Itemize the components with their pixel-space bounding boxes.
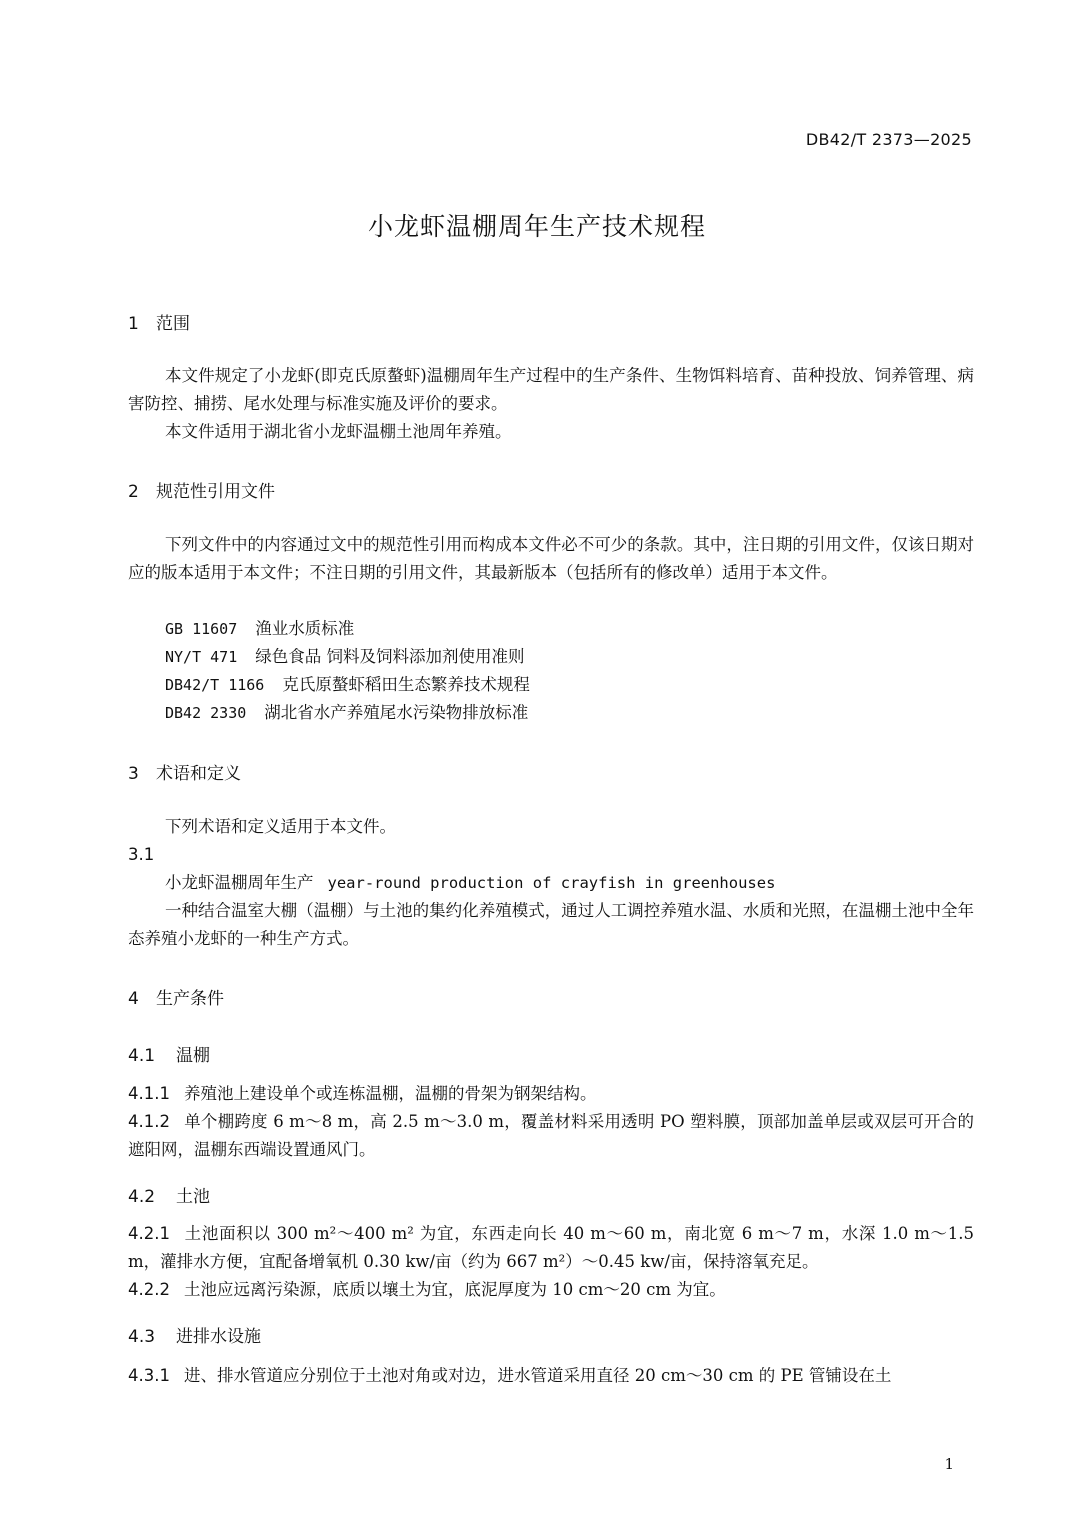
document-code: DB42/T 2373—2025 (806, 130, 972, 149)
subsection-heading-greenhouse: 4.1温棚 (128, 1041, 210, 1066)
clause-text: 进、排水管道应分别位于土池对角或对边，进水管道采用直径 20 cm～30 cm … (184, 1366, 891, 1385)
section-number: 3 (128, 764, 156, 784)
subsection-number: 4.3 (128, 1327, 176, 1347)
terms-intro: 下列术语和定义适用于本文件。 (128, 813, 974, 841)
section-heading-scope: 1范围 (128, 309, 190, 334)
subsection-number: 4.1 (128, 1046, 176, 1066)
subsection-title: 土池 (176, 1187, 210, 1207)
scope-paragraph-2: 本文件适用于湖北省小龙虾温棚土池周年养殖。 (128, 418, 974, 446)
section-title: 规范性引用文件 (156, 482, 275, 502)
clause-text: 单个棚跨度 6 m～8 m，高 2.5 m～3.0 m，覆盖材料采用透明 PO … (128, 1112, 974, 1159)
subsection-number: 4.2 (128, 1187, 176, 1207)
reference-item: GB 11607渔业水质标准 (165, 615, 1011, 643)
reference-item: DB42 2330湖北省水产养殖尾水污染物排放标准 (165, 699, 1011, 727)
reference-item: DB42/T 1166克氏原螯虾稻田生态繁养技术规程 (165, 671, 1011, 699)
clause-text: 土池面积以 300 m²～400 m² 为宜，东西走向长 40 m～60 m，南… (128, 1224, 974, 1271)
subsection-title: 温棚 (176, 1046, 210, 1066)
page-number: 1 (944, 1455, 954, 1473)
reference-code: DB42 2330 (165, 699, 246, 727)
clause-number: 4.2.1 (128, 1224, 170, 1243)
clause-number: 4.3.1 (128, 1366, 170, 1385)
section-heading-normative-references: 2规范性引用文件 (128, 477, 275, 502)
subsection-heading-water-facilities: 4.3进排水设施 (128, 1322, 261, 1347)
reference-title: 克氏原螯虾稻田生态繁养技术规程 (282, 675, 530, 694)
clause-4-2-1: 4.2.1土池面积以 300 m²～400 m² 为宜，东西走向长 40 m～6… (128, 1220, 974, 1276)
section-title: 生产条件 (156, 989, 224, 1009)
reference-code: DB42/T 1166 (165, 671, 264, 699)
term-definition: 一种结合温室大棚（温棚）与土池的集约化养殖模式，通过人工调控养殖水温、水质和光照… (128, 897, 974, 953)
section-number: 2 (128, 482, 156, 502)
term-number: 3.1 (128, 841, 974, 869)
term-heading: 小龙虾温棚周年生产year-round production of crayfi… (128, 869, 974, 897)
clause-4-3-1: 4.3.1进、排水管道应分别位于土池对角或对边，进水管道采用直径 20 cm～3… (128, 1362, 974, 1390)
clause-4-1-2: 4.1.2单个棚跨度 6 m～8 m，高 2.5 m～3.0 m，覆盖材料采用透… (128, 1108, 974, 1164)
references-intro: 下列文件中的内容通过文中的规范性引用而构成本文件必不可少的条款。其中，注日期的引… (128, 531, 974, 587)
clause-4-1-1: 4.1.1养殖池上建设单个或连栋温棚，温棚的骨架为钢架结构。 (128, 1080, 974, 1108)
clause-number: 4.2.2 (128, 1280, 170, 1299)
reference-code: GB 11607 (165, 615, 237, 643)
reference-title: 湖北省水产养殖尾水污染物排放标准 (264, 703, 528, 722)
subsection-heading-earthen-pond: 4.2土池 (128, 1182, 210, 1207)
reference-title: 渔业水质标准 (255, 619, 354, 638)
section-number: 4 (128, 989, 156, 1009)
subsection-title: 进排水设施 (176, 1327, 261, 1347)
section-title: 范围 (156, 314, 190, 334)
section-number: 1 (128, 314, 156, 334)
page-title: 小龙虾温棚周年生产技术规程 (0, 207, 1074, 243)
clause-text: 养殖池上建设单个或连栋温棚，温棚的骨架为钢架结构。 (184, 1084, 597, 1103)
term-english: year-round production of crayfish in gre… (328, 874, 776, 892)
reference-code: NY/T 471 (165, 643, 237, 671)
clause-number: 4.1.1 (128, 1084, 170, 1103)
section-heading-production-conditions: 4生产条件 (128, 984, 224, 1009)
clause-4-2-2: 4.2.2土池应远离污染源，底质以壤土为宜，底泥厚度为 10 cm～20 cm … (128, 1276, 974, 1304)
reference-item: NY/T 471绿色食品 饲料及饲料添加剂使用准则 (165, 643, 1011, 671)
section-heading-terms-definitions: 3术语和定义 (128, 759, 241, 784)
reference-title: 绿色食品 饲料及饲料添加剂使用准则 (255, 647, 524, 666)
term-chinese: 小龙虾温棚周年生产 (165, 873, 314, 892)
clause-number: 4.1.2 (128, 1112, 170, 1131)
scope-paragraph-1: 本文件规定了小龙虾(即克氏原螯虾)温棚周年生产过程中的生产条件、生物饵料培育、苗… (128, 362, 974, 418)
section-title: 术语和定义 (156, 764, 241, 784)
clause-text: 土池应远离污染源，底质以壤土为宜，底泥厚度为 10 cm～20 cm 为宜。 (184, 1280, 726, 1299)
